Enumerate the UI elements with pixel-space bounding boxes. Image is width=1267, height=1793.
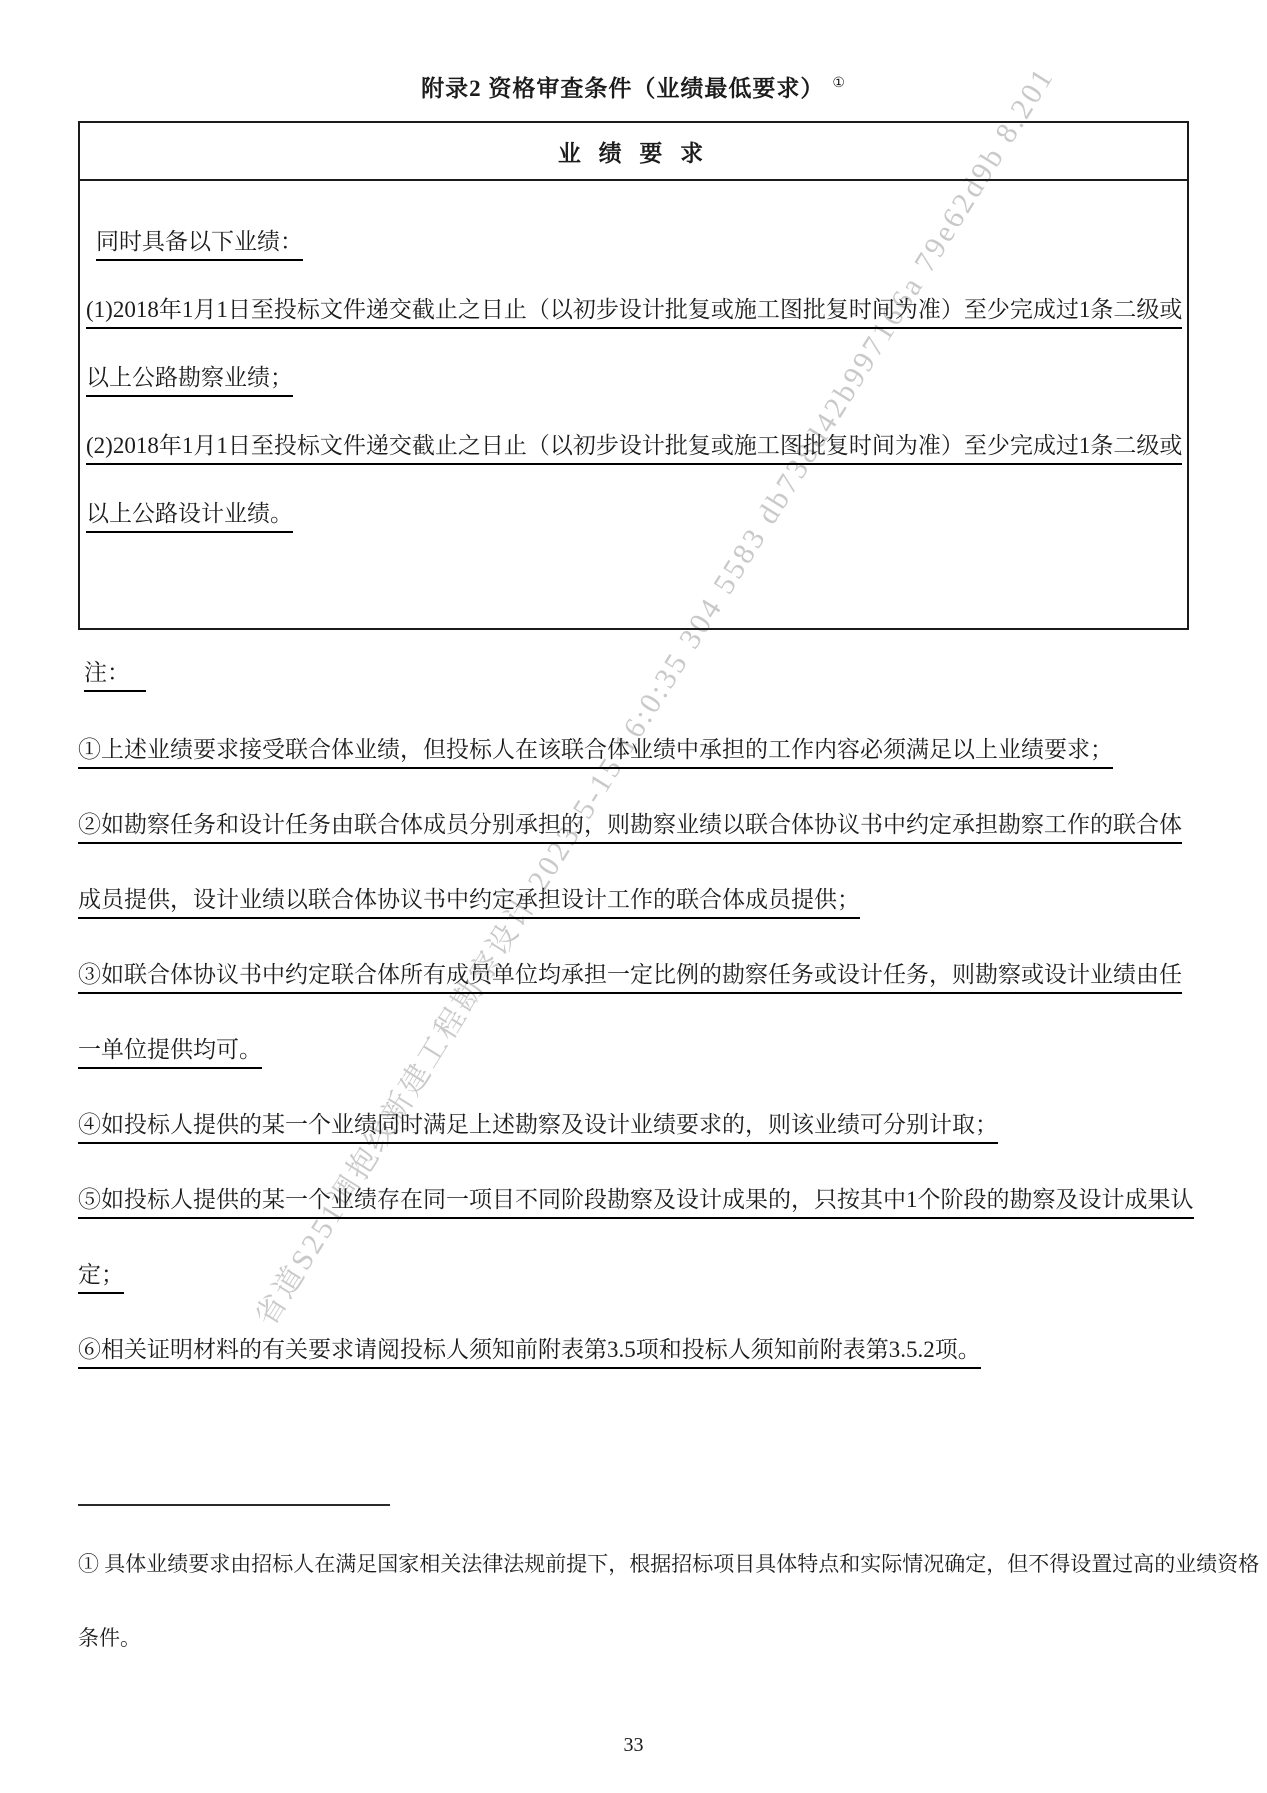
footnote-line: ① 具体业绩要求由招标人在满足国家相关法律法规前提下，根据招标项目具体特点和实际…	[78, 1548, 1189, 1578]
table-line: (2)2018年1月1日至投标文件递交截止之日止（以初步设计批复或施工图批复时间…	[86, 427, 1181, 460]
note-line: ③如联合体协议书中约定联合体所有成员单位均承担一定比例的勘察任务或设计任务，则勘…	[78, 956, 1189, 989]
page-title-text: 附录2 资格审查条件（业绩最低要求）	[421, 76, 824, 101]
note-line: 定；	[78, 1256, 1189, 1289]
note-line: 一单位提供均可。	[78, 1031, 1189, 1064]
notes-section: 注： ①上述业绩要求接受联合体业绩，但投标人在该联合体业绩中承担的工作内容必须满…	[78, 654, 1189, 1364]
footnote-section: ① 具体业绩要求由招标人在满足国家相关法律法规前提下，根据招标项目具体特点和实际…	[78, 1548, 1189, 1652]
note-line: ⑤如投标人提供的某一个业绩存在同一项目不同阶段勘察及设计成果的，只按其中1个阶段…	[78, 1181, 1189, 1214]
note-line: ①上述业绩要求接受联合体业绩，但投标人在该联合体业绩中承担的工作内容必须满足以上…	[78, 731, 1189, 764]
notes-label: 注：	[84, 654, 1189, 687]
table-header-label: 业 绩 要 求	[558, 135, 709, 168]
table-line: (1)2018年1月1日至投标文件递交截止之日止（以初步设计批复或施工图批复时间…	[86, 291, 1181, 324]
table-line: 以上公路勘察业绩；	[86, 359, 1181, 392]
page-number: 33	[0, 1734, 1267, 1757]
document-page: { "page": { "title": "附录2 资格审查条件（业绩最低要求）…	[0, 0, 1267, 1793]
note-line: ⑥相关证明材料的有关要求请阅投标人须知前附表第3.5项和投标人须知前附表第3.5…	[78, 1331, 1189, 1364]
title-footnote-marker: ①	[832, 76, 846, 91]
table-line: 以上公路设计业绩。	[86, 495, 1181, 528]
footnote-separator	[78, 1504, 390, 1506]
note-line: ②如勘察任务和设计任务由联合体成员分别承担的，则勘察业绩以联合体协议书中约定承担…	[78, 806, 1189, 839]
page-title: 附录2 资格审查条件（业绩最低要求）①	[78, 70, 1189, 103]
table-line: 同时具备以下业绩：	[96, 223, 1181, 256]
note-line: 成员提供，设计业绩以联合体协议书中约定承担设计工作的联合体成员提供；	[78, 881, 1189, 914]
page-content: 附录2 资格审查条件（业绩最低要求）① 业 绩 要 求 同时具备以下业绩： (1…	[0, 70, 1267, 1652]
table-header-row: 业 绩 要 求	[80, 123, 1187, 181]
footnote-line: 条件。	[78, 1622, 1189, 1652]
note-line: ④如投标人提供的某一个业绩同时满足上述勘察及设计业绩要求的，则该业绩可分别计取；	[78, 1106, 1189, 1139]
performance-requirements-table: 业 绩 要 求 同时具备以下业绩： (1)2018年1月1日至投标文件递交截止之…	[78, 121, 1189, 630]
table-body-cell: 同时具备以下业绩： (1)2018年1月1日至投标文件递交截止之日止（以初步设计…	[80, 181, 1187, 628]
